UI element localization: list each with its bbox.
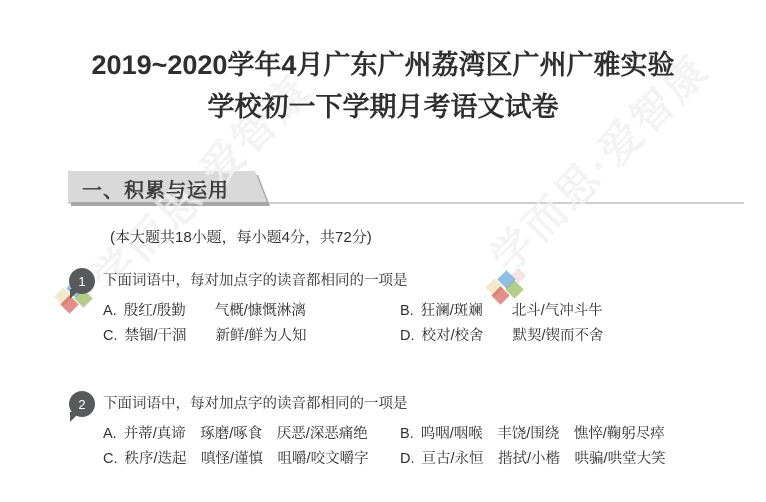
option-c: C.禁锢/干涸 新鲜/鲜为人知: [103, 328, 400, 344]
option-a: A.并蒂/真谛 琢磨/啄食 厌恶/深恶痛绝: [103, 426, 400, 442]
section-heading: 一、积累与运用: [82, 174, 229, 203]
option-text: 禁锢/干涸 新鲜/鲜为人知: [125, 328, 307, 344]
option-label: C.: [103, 328, 118, 344]
option-text: 并蒂/真谛 琢磨/啄食 厌恶/深恶痛绝: [124, 426, 368, 442]
question-number-badge: 2: [69, 391, 95, 417]
exam-title-line1: 2019~2020学年4月广东广州荔湾区广州广雅实验: [0, 44, 766, 86]
option-label: C.: [103, 451, 118, 467]
option-b: B.狂澜/斑斓 北斗/气冲斗牛: [400, 303, 723, 319]
exam-title-line2: 学校初一下学期月考语文试卷: [0, 86, 766, 128]
question-number-badge: 1: [69, 268, 95, 294]
option-label: A.: [103, 303, 117, 319]
exam-paper-page: 学而思·爱智康 学而思·爱智康 2019~2020学年4月广东广州荔湾区广州广雅…: [0, 0, 766, 502]
option-label: B.: [400, 303, 414, 319]
option-label: B.: [400, 426, 414, 442]
option-a: A.殷红/殷勤 气概/慷慨淋漓: [103, 303, 400, 319]
option-b: B.呜咽/咽喉 丰饶/围绕 憔悴/鞠躬尽瘁: [400, 426, 723, 442]
question-options: A.殷红/殷勤 气概/慷慨淋漓 B.狂澜/斑斓 北斗/气冲斗牛 C.禁锢/干涸 …: [103, 303, 723, 344]
question-stem: 下面词语中，每对加点字的读音都相同的一项是: [103, 268, 408, 294]
option-d: D.亘古/永恒 揩拭/小楷 哄骗/哄堂大笑: [400, 451, 723, 467]
brand-logo-icon: [486, 269, 522, 305]
option-label: D.: [400, 451, 415, 467]
question-stem: 下面词语中，每对加点字的读音都相同的一项是: [103, 391, 408, 417]
option-text: 秩序/迭起 嗔怪/谨慎 咀嚼/咬文嚼字: [125, 451, 369, 467]
option-text: 狂澜/斑斓 北斗/气冲斗牛: [421, 303, 603, 319]
option-text: 校对/校舍 默契/锲而不舍: [422, 328, 604, 344]
option-text: 呜咽/咽喉 丰饶/围绕 憔悴/鞠躬尽瘁: [421, 426, 665, 442]
section-note: (本大题共18小题，每小题4分，共72分): [110, 226, 372, 247]
exam-title: 2019~2020学年4月广东广州荔湾区广州广雅实验 学校初一下学期月考语文试卷: [0, 44, 766, 128]
option-label: D.: [400, 328, 415, 344]
option-c: C.秩序/迭起 嗔怪/谨慎 咀嚼/咬文嚼字: [103, 451, 400, 467]
question-options: A.并蒂/真谛 琢磨/啄食 厌恶/深恶痛绝 B.呜咽/咽喉 丰饶/围绕 憔悴/鞠…: [103, 426, 723, 467]
option-text: 殷红/殷勤 气概/慷慨淋漓: [124, 303, 306, 319]
option-text: 亘古/永恒 揩拭/小楷 哄骗/哄堂大笑: [422, 451, 666, 467]
option-label: A.: [103, 426, 117, 442]
option-d: D.校对/校舍 默契/锲而不舍: [400, 328, 723, 344]
